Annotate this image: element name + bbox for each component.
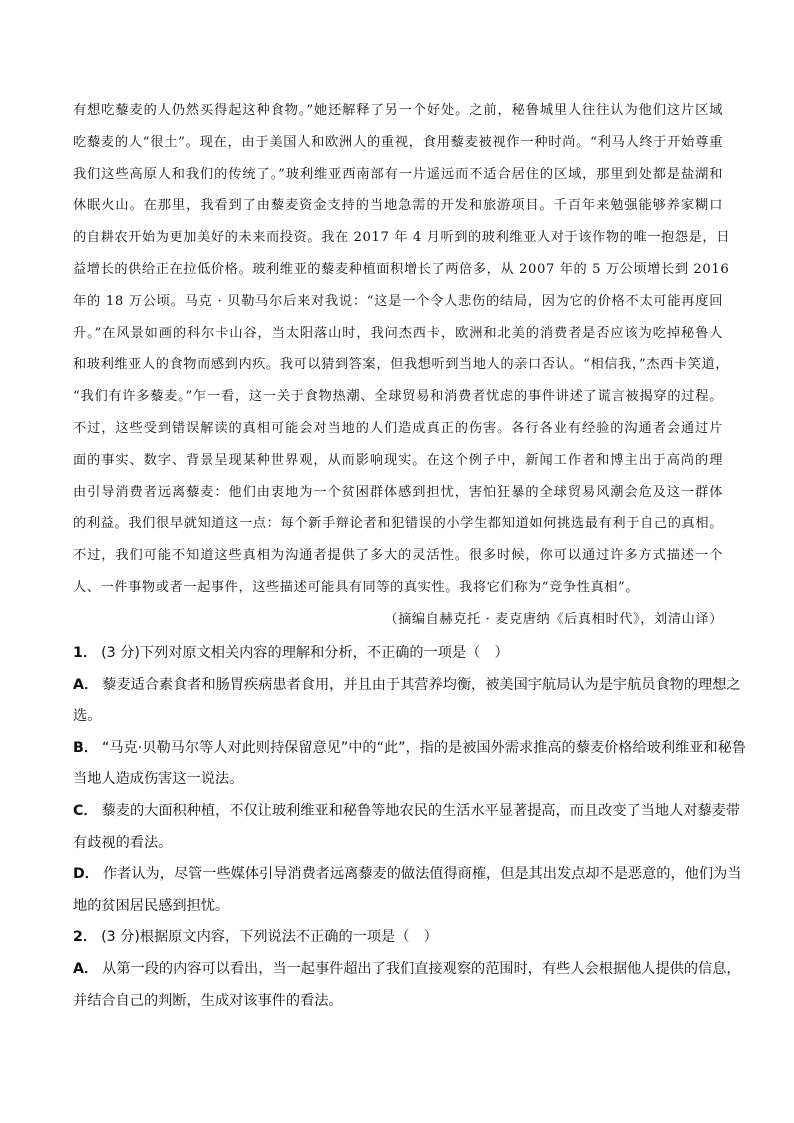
question-2-stem: 2．(3 分)根据原文内容，下列说法不正确的一项是（ ） xyxy=(73,926,725,958)
passage-line: 益增长的供给正在拉低价格。玻利维亚的藜麦种植面积增长了两倍多，从 2007 年的… xyxy=(73,259,723,291)
question-1-option-a[interactable]: A．藜麦适合素食者和肠胃疾病患者食用，并且由于其营养均衡，被美国宇航局认为是宇航… xyxy=(73,674,725,706)
option-text: 作者认为，尽管一些媒体引导消费者远离藜麦的做法值得商榷，但是其出发点却不是恶意的… xyxy=(103,866,741,882)
option-continuation: 选。 xyxy=(73,705,725,737)
passage-line: 的自耕农开始为更加美好的未来而投资。我在 2017 年 4 月听到的玻利维亚人对… xyxy=(73,227,723,259)
question-1-option-b[interactable]: B．“马克·贝勒马尔等人对此则持保留意见”中的“此”，指的是被国外需求推高的藜麦… xyxy=(73,737,725,769)
option-text: 藜麦适合素食者和肠胃疾病患者食用，并且由于其营养均衡，被美国宇航局认为是宇航员食… xyxy=(102,677,740,693)
passage-line: 休眠火山。在那里，我看到了由藜麦资金支持的当地急需的开发和旅游项目。千百年来勉强… xyxy=(73,195,723,227)
option-label: C． xyxy=(73,803,98,819)
passage-line: 升。”在风景如画的科尔卡山谷，当太阳落山时，我问杰西卡，欧洲和北美的消费者是否应… xyxy=(73,323,723,355)
option-text: 藜麦的大面积种植，不仅让玻利维亚和秘鲁等地农民的生活水平显著提高，而且改变了当地… xyxy=(102,803,740,819)
question-number: 1． xyxy=(73,645,97,661)
passage-line: 由引导消费者远离藜麦：他们由衷地为一个贫困群体感到担忧，害怕狂暴的全球贸易风潮会… xyxy=(73,482,723,514)
passage-line: 不过，我们可能不知道这些真相为沟通者提供了多大的灵活性。很多时候，你可以通过许多… xyxy=(73,545,723,577)
option-continuation: 有歧视的看法。 xyxy=(73,832,725,864)
option-label: A． xyxy=(73,677,98,693)
question-2-option-a[interactable]: A．从第一段的内容可以看出，当一起事件超出了我们直接观察的范围时，有些人会根据他… xyxy=(73,958,725,990)
passage-line: 我们这些高原人和我们的传统了。”玻利维亚西南部有一片遥远而不适合居住的区域，那里… xyxy=(73,164,723,196)
question-1-option-c[interactable]: C．藜麦的大面积种植，不仅让玻利维亚和秘鲁等地农民的生活水平显著提高，而且改变了… xyxy=(73,800,725,832)
question-number: 2． xyxy=(73,929,97,945)
option-continuation: 当地人造成伤害这一说法。 xyxy=(73,768,725,800)
reading-passage: 有想吃藜麦的人仍然买得起这种食物。”她还解释了另一个好处。之前，秘鲁城里人往往认… xyxy=(73,100,723,641)
passage-line: 的利益。我们很早就知道这一点：每个新手辩论者和犯错误的小学生都知道如何挑选最有利… xyxy=(73,513,723,545)
passage-citation: （摘编自赫克托 · 麦克唐纳《后真相时代》，刘清山译） xyxy=(73,609,723,641)
passage-line: 吃藜麦的人“很土”。现在，由于美国人和欧洲人的重视，食用藜麦被视作一种时尚。“利… xyxy=(73,132,723,164)
option-continuation: 地的贫困居民感到担忧。 xyxy=(73,895,725,927)
passage-line: 有想吃藜麦的人仍然买得起这种食物。”她还解释了另一个好处。之前，秘鲁城里人往往认… xyxy=(73,100,723,132)
question-1-stem: 1．(3 分)下列对原文相关内容的理解和分析，不正确的一项是（ ） xyxy=(73,642,725,674)
passage-line: 人、一件事物或者一起事件，这些描述可能具有同等的真实性。我将它们称为“竞争性真相… xyxy=(73,577,723,609)
question-text: (3 分)根据原文内容，下列说法不正确的一项是（ ） xyxy=(101,929,438,945)
question-1-option-d[interactable]: D．作者认为，尽管一些媒体引导消费者远离藜麦的做法值得商榷，但是其出发点却不是恶… xyxy=(73,863,725,895)
option-continuation: 并结合自己的判断，生成对该事件的看法。 xyxy=(73,990,725,1022)
passage-line: 年的 18 万公顷。马克 · 贝勒马尔后来对我说：“这是一个令人悲伤的结局，因为… xyxy=(73,291,723,323)
option-label: A． xyxy=(73,961,98,977)
document-page: 有想吃藜麦的人仍然买得起这种食物。”她还解释了另一个好处。之前，秘鲁城里人往往认… xyxy=(0,0,794,1123)
option-text: “马克·贝勒马尔等人对此则持保留意见”中的“此”，指的是被国外需求推高的藜麦价格… xyxy=(102,740,746,756)
question-text: (3 分)下列对原文相关内容的理解和分析，不正确的一项是（ ） xyxy=(101,645,509,661)
passage-line: 面的事实、数字、背景呈现某种世界观，从而影响现实。在这个例子中，新闻工作者和博主… xyxy=(73,450,723,482)
option-text: 从第一段的内容可以看出，当一起事件超出了我们直接观察的范围时，有些人会根据他人提… xyxy=(102,961,740,977)
passage-line: 和玻利维亚人的食物而感到内疚。我可以猜到答案，但我想听到当地人的亲口否认。“相信… xyxy=(73,354,723,386)
option-label: D． xyxy=(73,866,99,882)
option-label: B． xyxy=(73,740,98,756)
questions-section: 1．(3 分)下列对原文相关内容的理解和分析，不正确的一项是（ ） A．藜麦适合… xyxy=(73,642,725,1021)
passage-line: 不过，这些受到错误解读的真相可能会对当地的人们造成真正的伤害。各行各业有经验的沟… xyxy=(73,418,723,450)
passage-line: “我们有许多藜麦。”乍一看，这一关于食物热潮、全球贸易和消费者忧虑的事件讲述了谎… xyxy=(73,386,723,418)
